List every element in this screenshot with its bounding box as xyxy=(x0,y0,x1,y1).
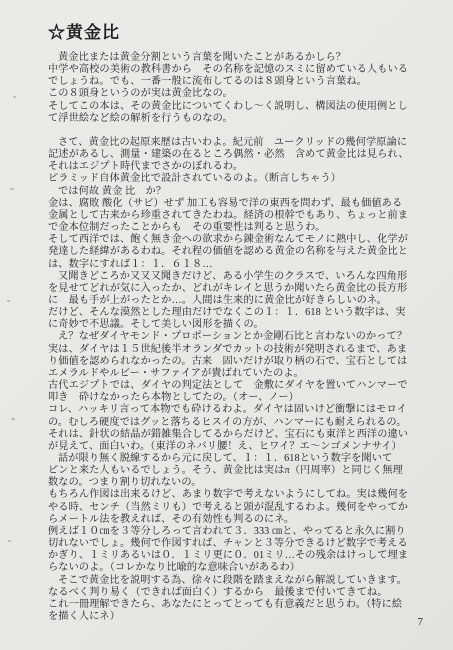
text-line: 発達した経緯があるわね。それ程の価値を認める黄金の名称を与えた黄金比と xyxy=(48,246,426,258)
text-line: らメートル法を教えれば、その有効性も判るのにネ。 xyxy=(48,514,426,526)
text-line: なるべく判り易く（できれば面白く）するから 最後まで付いてきてね。 xyxy=(48,587,426,599)
text-line: が見えて、面白いわ。（東洋のネバリ腰！え、ヒワイ？エ～ンゴメンナサイ） xyxy=(48,441,426,453)
text-line: それはエジプト時代までさかのぼれるわ。 xyxy=(48,161,426,173)
text-line: 切れないでしょ。幾何で作図すれば、チャンと３等分できるけど数字で考える xyxy=(48,538,426,550)
text-line: 金属として古来から珍重されてきたわね。経済の根幹でもあり、ちょっと前ま xyxy=(48,210,426,222)
text-line: え？なぜダイヤモンド・プロポーションとか金剛石比と言わないのかって？ xyxy=(48,331,426,343)
text-line: で金本位制だったことからも その重要性は判ると思うわ。 xyxy=(48,222,426,234)
text-line: そこで黄金比を説明する為、徐々に段階を踏まえながら解説していきます。 xyxy=(48,575,426,587)
scanned-book-page: ☆黄金比 黄金比または黄金分割という言葉を聞いたことがあるかしら？中学や高校の美… xyxy=(0,0,453,650)
text-line: は、数字にすれば１：１．６１８… xyxy=(48,259,426,271)
scan-speck xyxy=(13,96,16,98)
text-line: 金は、腐敗 酸化（サビ）せず 加工も容易で洋の東西を問わず、最も価値ある xyxy=(48,198,426,210)
text-line: ピンと来た人もいるでしょう。そう、黄金比は実はπ（円周率）と同じく無理 xyxy=(48,465,426,477)
text-line: 黄金比または黄金分割という言葉を聞いたことがあるかしら？ xyxy=(48,52,426,64)
text-line: でしょうね。でも、一番一般に流布してるのは８頭身という言葉ね。 xyxy=(48,76,426,88)
scan-speck xyxy=(8,540,11,542)
text-line: さて、黄金比の起原来歴は古いわよ。紀元前 ユークリッドの幾何学原論に xyxy=(48,137,426,149)
text-line: そして西洋では、飽く無き金への欲求から錬金術なんてモノに熱中し、化学が xyxy=(48,234,426,246)
text-line: この８頭身というのが実は黄金比なの。 xyxy=(48,88,426,100)
text-line: もちろん作図は出来るけど、あまり数字で考えないようにしてね。実は幾何を xyxy=(48,489,426,501)
text-line: 中学や高校の美術の教科書から その名称を記憶のスミに留めている人もいる xyxy=(48,64,426,76)
text-line: 話が限り無く脱線するから元に戻して、１：１．618という数字を聞いて xyxy=(48,453,426,465)
text-line: を描く人にネ） xyxy=(48,611,426,623)
text-line: だけど、そんな漠然とした理由だけでなくこの１：１．618 という数字は、実 xyxy=(48,307,426,319)
text-line: やる時、センチ（当然ミリも）で考えると頭が混乱するわよ。幾何をやってか xyxy=(48,502,426,514)
scan-speck xyxy=(10,188,14,190)
text-line: 数なの。つまり割り切れないの。 xyxy=(48,477,426,489)
page-number: 7 xyxy=(418,616,424,628)
text-line: ピラミッド自体黄金比で設計されているのよ。（断言しちゃう） xyxy=(48,173,426,185)
text-line: り価値を認められなかったの。古来 固いだけが取り柄の石で、宝石としては xyxy=(48,356,426,368)
text-line: 又聞きどころか又又又聞きだけど、ある小学生のクラスで、いろんな四角形 xyxy=(48,271,426,283)
text-line: 叩き 砕けなかったら本物としてたの。（オー、ノー） xyxy=(48,392,426,404)
scan-speck xyxy=(11,418,15,420)
text-line: て浮世絵など絵の解析を行うものなの。 xyxy=(48,113,426,125)
text-line: エメラルドやルビー・サファイアが貴ばれていたのよ。 xyxy=(48,368,426,380)
page-body: 黄金比または黄金分割という言葉を聞いたことがあるかしら？中学や高校の美術の教科書… xyxy=(48,52,426,623)
text-line: そしてこの本は、その黄金比についてくわし～く説明し、構図法の使用例とし xyxy=(48,101,426,113)
text-line: に奇妙で不思議。そして美しい図形を描くの。 xyxy=(48,319,426,331)
text-line: かぎり、１ミリあるいは０．１ミリ更に０．01ミリ…その残余はけっして埋ま xyxy=(48,550,426,562)
text-line: では何故 黄金 比 か？ xyxy=(48,186,426,198)
text-line: これ一冊理解できたら、あなたにとってとっても有意義だと思うわ。（特に絵 xyxy=(48,599,426,611)
text-line: 実は、ダイヤは１５世紀後半オランダでカットの技術が発明されるまで、あま xyxy=(48,344,426,356)
scan-speck xyxy=(7,300,10,302)
text-line: の。むしろ硬度ではグッと落ちるヒスイの方が、ハンマーにも耐えられるの。 xyxy=(48,417,426,429)
text-line: を見せてどれが気に入ったか、どれがキレイと思うか聞いたら黄金比の長方形 xyxy=(48,283,426,295)
text-line: コレ、ハッキリ言って本物でも砕けるわよ。ダイヤは固いけど衝撃にはモロイ xyxy=(48,404,426,416)
text-line: に 最も手が上がったとか…。人間は生来的に黄金比が好きらしいのネ。 xyxy=(48,295,426,307)
text-line: それは、針状の結晶が錯雑集合してるからだけど、宝石にも東洋と西洋の違い xyxy=(48,429,426,441)
page-content: ☆黄金比 黄金比または黄金分割という言葉を聞いたことがあるかしら？中学や高校の美… xyxy=(48,18,426,623)
page-title: ☆黄金比 xyxy=(48,18,426,43)
text-line: 古代エジプトでは、ダイヤの判定法として 金敷にダイヤを置いてハンマーで xyxy=(48,380,426,392)
text-line: らないのよ。（コレかなり比喩的な意味合いがあるわ） xyxy=(48,562,426,574)
text-line: 記述があるし、測量・建築の在るところ偶然・必然 含めて黄金比は見られ、 xyxy=(48,149,426,161)
text-line: 例えば１０㎝を３等分しろって言われて３．333 ㎝と、やってると永久に割り xyxy=(48,526,426,538)
